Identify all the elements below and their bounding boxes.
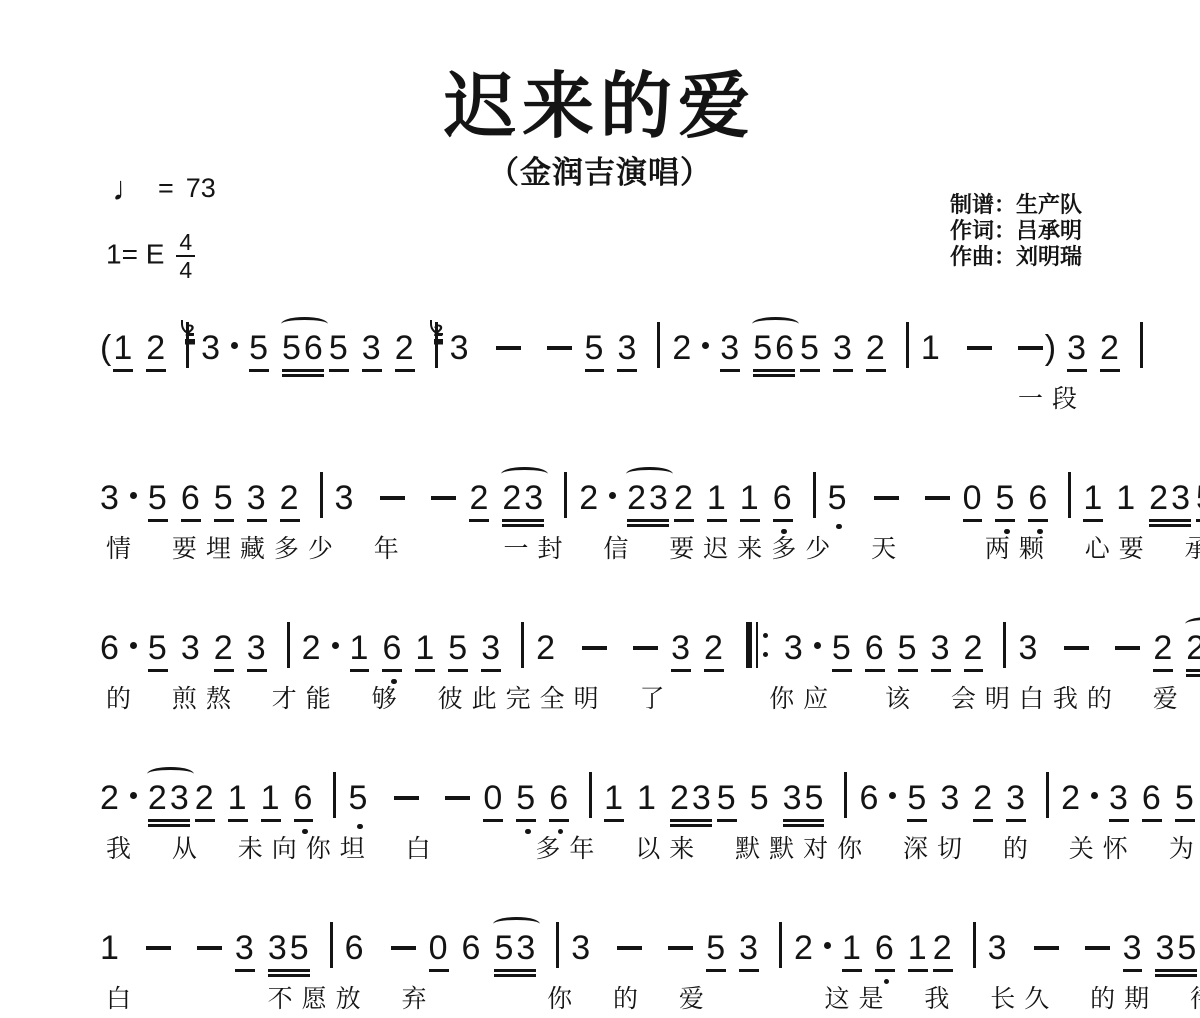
note-digits: 5: [907, 779, 929, 817]
note-digits: 5: [832, 629, 854, 667]
note-row-5: 133560653353216123335: [100, 922, 1110, 966]
eighth-underline: [865, 669, 885, 672]
parenthesis: ): [1045, 331, 1056, 365]
eighth-underline: [1149, 519, 1191, 522]
note: 23: [1149, 481, 1193, 515]
repeat-dots: [763, 622, 768, 668]
note-digits: 3: [235, 929, 257, 967]
eighth-underline: [516, 819, 536, 822]
note-digits: 0: [429, 929, 451, 967]
note-digits: 3: [181, 629, 203, 667]
score-line-2: 35653232232232116505611235535 情 要埋藏多少 年 …: [100, 472, 1110, 565]
note-digits: 2: [469, 479, 491, 517]
duration-dash: [496, 346, 521, 351]
note-digits: 1: [228, 779, 250, 817]
note-digits: 0: [483, 779, 505, 817]
slur-arc: [501, 467, 548, 481]
eighth-underline: [249, 369, 269, 372]
duration-dash: [431, 496, 456, 501]
note: 3: [940, 781, 962, 815]
note-digits: 23: [1149, 479, 1193, 517]
note-digits: 3: [940, 779, 962, 817]
note: 2: [146, 331, 168, 365]
note: 1: [100, 931, 122, 965]
note-digits: 3: [1109, 779, 1131, 817]
note: 5: [832, 631, 854, 665]
barline: [1068, 472, 1071, 518]
note-digits: 3: [335, 479, 357, 517]
note-digits: 3: [481, 629, 503, 667]
eighth-underline: [617, 369, 637, 372]
note: 3: [1018, 631, 1040, 665]
note: 6: [100, 631, 137, 665]
time-signature: 44: [176, 230, 195, 282]
note-digits: 1: [637, 779, 659, 817]
note: 6: [382, 631, 404, 665]
note-digits: 6: [345, 929, 367, 967]
note: 5: [907, 781, 929, 815]
augmentation-dot: [814, 642, 821, 649]
note-digits: 6: [181, 479, 203, 517]
barline: [844, 772, 847, 818]
duration-dash: [197, 946, 222, 951]
note-digits: 6: [294, 779, 316, 817]
slur-arc: [1185, 617, 1200, 631]
note: 23: [670, 781, 714, 815]
score-line-1: (1223556532235323565321)32 一段: [100, 322, 1110, 415]
note: 5: [995, 481, 1017, 515]
duration-dash: [394, 796, 419, 801]
note: 6: [181, 481, 203, 515]
note: 2: [395, 331, 417, 365]
note-digits: 3: [1067, 329, 1089, 367]
repeat-thin-bar: [756, 622, 759, 668]
note-digits: 2: [302, 629, 324, 667]
duration-dash: [967, 346, 992, 351]
note: 35: [1155, 931, 1199, 965]
note: 3: [833, 331, 855, 365]
parenthesis: (: [100, 331, 111, 365]
low-octave-dot: [1004, 529, 1010, 535]
note-digits: 23: [1186, 629, 1200, 667]
eighth-underline: [1196, 519, 1200, 522]
eighth-underline: [113, 369, 133, 372]
grace-slide-hook: [181, 320, 194, 335]
note: 53: [494, 931, 538, 965]
key-signature: 1= E44: [106, 230, 195, 282]
eighth-underline: [931, 669, 951, 672]
note-digits: 2: [579, 479, 601, 517]
eighth-underline: [469, 519, 489, 522]
eighth-underline: [866, 369, 886, 372]
low-octave-dot: [391, 679, 397, 685]
note: 5: [800, 331, 822, 365]
note: 3: [235, 931, 257, 965]
time-signature-denominator: 4: [176, 257, 195, 282]
note: 2: [1100, 331, 1122, 365]
note-digits: 6: [865, 629, 887, 667]
augmentation-dot: [889, 792, 896, 799]
eighth-underline: [1109, 819, 1129, 822]
note-digits: 2: [933, 929, 955, 967]
note: 3: [1123, 931, 1145, 965]
eighth-underline: [268, 969, 310, 972]
barline: [287, 622, 290, 668]
barline: [521, 622, 524, 668]
augmentation-dot: [609, 492, 616, 499]
eighth-underline: [753, 369, 795, 372]
eighth-underline: [261, 819, 281, 822]
note-digits: 1: [415, 629, 437, 667]
note: 0: [963, 481, 985, 515]
note: 6: [859, 781, 896, 815]
note-digits: 6: [1028, 479, 1050, 517]
note-digits: 23: [502, 479, 546, 517]
note-digits: 35: [1155, 929, 1199, 967]
note-digits: 23: [670, 779, 714, 817]
barline: [973, 922, 976, 968]
note-digits: 1: [113, 329, 135, 367]
barline: [813, 472, 816, 518]
note: 3: [247, 631, 269, 665]
note-digits: 35: [268, 929, 312, 967]
duration-dash: [380, 496, 405, 501]
sixteenth-underline: [783, 824, 825, 827]
note-digits: 3: [247, 629, 269, 667]
barline: [1003, 622, 1006, 668]
note-digits: 5: [1175, 779, 1197, 817]
song-title: 迟来的爱: [0, 48, 1200, 152]
note: 1: [637, 781, 659, 815]
note: 3: [617, 331, 639, 365]
duration-dash: [668, 946, 693, 951]
duration-dash: [1064, 646, 1089, 651]
lyric-row-5: 白 不愿放 弃 你 的 爱 这是 我 长久 的期 待 不愿保: [100, 979, 1110, 1015]
eighth-underline: [973, 819, 993, 822]
tempo-marking: ♩=73: [112, 170, 216, 209]
duration-dash: [1034, 946, 1059, 951]
eighth-underline: [1067, 369, 1087, 372]
duration-dash: [582, 646, 607, 651]
note: 2: [214, 631, 236, 665]
note: 23: [1186, 631, 1200, 665]
sixteenth-underline: [282, 374, 324, 377]
note-digits: 2: [964, 629, 986, 667]
note-digits: 53: [494, 929, 538, 967]
eighth-underline: [875, 969, 895, 972]
note-digits: 5: [448, 629, 470, 667]
barline: [1046, 772, 1049, 818]
note-digits: 2: [672, 329, 694, 367]
sheet-music-page: { "meta": { "title": "迟来的爱", "subtitle":…: [0, 0, 1200, 1018]
sixteenth-underline: [494, 974, 536, 977]
note: 1: [228, 781, 250, 815]
note-digits: 5: [148, 479, 170, 517]
eighth-underline: [549, 819, 569, 822]
note: 5: [329, 331, 351, 365]
eighth-underline: [1006, 819, 1026, 822]
eighth-underline: [362, 369, 382, 372]
low-octave-dot: [1037, 529, 1043, 535]
eighth-underline: [1100, 369, 1120, 372]
eighth-underline: [740, 519, 760, 522]
note-digits: 3: [1123, 929, 1145, 967]
note-digits: 5: [516, 779, 538, 817]
note-digits: 3: [671, 629, 693, 667]
eighth-underline: [148, 519, 168, 522]
eighth-underline: [720, 369, 740, 372]
eighth-underline: [329, 369, 349, 372]
duration-dash: [445, 796, 470, 801]
eighth-underline: [604, 819, 624, 822]
note: 5: [214, 481, 236, 515]
note: 2: [280, 481, 302, 515]
note: 5: [249, 331, 271, 365]
note-digits: 5: [329, 329, 351, 367]
eighth-underline: [148, 819, 190, 822]
note: 6: [294, 781, 316, 815]
credit-lyricist: 作词：吕承明: [950, 218, 1082, 244]
duration-dash: [874, 496, 899, 501]
note: 6: [865, 631, 887, 665]
note-digits: 1: [707, 479, 729, 517]
note: 2: [973, 781, 995, 815]
lyric-row-3: 的 煎熬 才能 够 彼此完全明 了 你应 该 会明白我的 爱 虽然: [100, 679, 1110, 715]
note-digits: 3: [739, 929, 761, 967]
note: 35: [783, 781, 827, 815]
note: 3: [988, 931, 1010, 965]
note-digits: 3: [1018, 629, 1040, 667]
note-digits: 2: [704, 629, 726, 667]
note: 6: [462, 931, 484, 965]
note-digits: 1: [261, 779, 283, 817]
note: 23: [450, 331, 472, 365]
eighth-underline: [995, 519, 1015, 522]
low-octave-dot: [884, 979, 890, 985]
note: 2: [794, 931, 831, 965]
lyric-row-2: 情 要埋藏多少 年 一封 信 要迟来多少 天 两颗 心要 承受多少 痛苦: [100, 529, 1110, 565]
low-octave-dot: [836, 524, 842, 530]
slur-arc: [752, 317, 799, 331]
eighth-underline: [1142, 819, 1162, 822]
note-digits: 5: [706, 929, 728, 967]
eighth-underline: [1175, 819, 1195, 822]
note: 5: [717, 781, 739, 815]
note-digits: 6: [382, 629, 404, 667]
low-octave-dot: [302, 829, 308, 835]
note: 23: [148, 781, 192, 815]
eighth-underline: [706, 969, 726, 972]
eighth-underline: [214, 669, 234, 672]
sixteenth-underline: [1186, 674, 1200, 677]
sixteenth-underline: [268, 974, 310, 977]
eighth-underline: [1028, 519, 1048, 522]
note-digits: 3: [450, 329, 472, 367]
note-digits: 3: [571, 929, 593, 967]
note-digits: 5: [995, 479, 1017, 517]
duration-dash: [1085, 946, 1110, 951]
note: 5: [1175, 781, 1197, 815]
eighth-underline: [739, 969, 759, 972]
augmentation-dot: [702, 342, 709, 349]
eighth-underline: [1186, 669, 1200, 672]
augmentation-dot: [824, 942, 831, 949]
note-digits: 2: [1153, 629, 1175, 667]
note: 2: [579, 481, 616, 515]
augmentation-dot: [332, 642, 339, 649]
eighth-underline: [214, 519, 234, 522]
note-digits: 3: [988, 929, 1010, 967]
sixteenth-underline: [753, 374, 795, 377]
note-digits: 5: [585, 329, 607, 367]
slur-arc: [493, 917, 540, 931]
note-digits: 23: [148, 779, 192, 817]
eighth-underline: [964, 669, 984, 672]
note-digits: 1: [740, 479, 762, 517]
eighth-underline: [429, 969, 449, 972]
note: 5: [516, 781, 538, 815]
eighth-underline: [448, 669, 468, 672]
duration-dash: [1018, 346, 1043, 351]
note-digits: 5: [750, 779, 772, 817]
score-line-5: 133560653353216123335 白 不愿放 弃 你 的 爱 这是 我…: [100, 922, 1110, 1015]
repeat-thick-bar: [746, 622, 752, 668]
note-row-2: 35653232232232116505611235535: [100, 472, 1110, 516]
note: 2: [866, 331, 888, 365]
note: 5: [706, 931, 728, 965]
note-digits: 6: [859, 779, 881, 817]
eighth-underline: [1083, 519, 1103, 522]
eighth-underline: [350, 669, 370, 672]
note-digits: 1: [350, 629, 372, 667]
note: 2: [704, 631, 726, 665]
note: 5: [148, 481, 170, 515]
note: 3: [931, 631, 953, 665]
note: 6: [1142, 781, 1164, 815]
eighth-underline: [671, 669, 691, 672]
note-digits: 1: [100, 929, 122, 967]
note: 3: [1109, 781, 1131, 815]
note: 1: [1083, 481, 1105, 515]
sixteenth-underline: [627, 524, 669, 527]
note-digits: 1: [921, 329, 943, 367]
slur-arc: [626, 467, 673, 481]
barline: [556, 922, 559, 968]
note: 6: [773, 481, 795, 515]
note: 6: [345, 931, 367, 965]
note-row-1: (1223556532235323565321)32: [100, 322, 1110, 366]
note-row-4: 223211650561123553565323236532: [100, 772, 1110, 816]
note: 3: [739, 931, 761, 965]
grace-note: 2: [434, 308, 448, 342]
note: 2: [1153, 631, 1175, 665]
eighth-underline: [832, 669, 852, 672]
note: 5: [1196, 481, 1200, 515]
eighth-underline: [842, 969, 862, 972]
low-octave-dot: [525, 829, 531, 835]
note-digits: 5: [148, 629, 170, 667]
note: 1: [921, 331, 943, 365]
note: 2: [672, 331, 709, 365]
eighth-underline: [707, 519, 727, 522]
note: 6: [875, 931, 897, 965]
credit-composer: 作曲：刘明瑞: [950, 244, 1082, 270]
eighth-underline: [908, 969, 928, 972]
credits: 制谱：生产队 作词：吕承明 作曲：刘明瑞: [950, 192, 1082, 270]
note-digits: 56: [753, 329, 797, 367]
note: 3: [362, 331, 384, 365]
low-octave-dot: [781, 529, 787, 535]
note-digits: 3: [784, 629, 806, 667]
eighth-underline: [907, 819, 927, 822]
sixteenth-underline: [502, 524, 544, 527]
note-digits: 2: [146, 329, 168, 367]
note: 2: [469, 481, 491, 515]
note: 56: [753, 331, 797, 365]
note: 3: [100, 481, 137, 515]
eighth-underline: [481, 669, 501, 672]
note: 0: [429, 931, 451, 965]
note-digits: 1: [604, 779, 626, 817]
note: 0: [483, 781, 505, 815]
duration-dash: [633, 646, 658, 651]
note-digits: 3: [617, 329, 639, 367]
eighth-underline: [195, 819, 215, 822]
note: 1: [908, 931, 930, 965]
eighth-underline: [280, 519, 300, 522]
note-digits: 3: [247, 479, 269, 517]
note-digits: 5: [214, 479, 236, 517]
eighth-underline: [933, 969, 953, 972]
note-digits: 5: [800, 329, 822, 367]
quarter-note-icon: ♩: [112, 170, 146, 208]
note-digits: 3: [100, 479, 122, 517]
eighth-underline: [717, 819, 737, 822]
note: 3: [335, 481, 357, 515]
note-digits: 2: [1061, 779, 1083, 817]
note-digits: 2: [536, 629, 558, 667]
note-digits: 6: [549, 779, 571, 817]
note-digits: 2: [280, 479, 302, 517]
note: 3: [784, 631, 821, 665]
score-line-4: 223211650561123553565323236532 我 从 未向你坦 …: [100, 772, 1110, 865]
augmentation-dot: [231, 342, 238, 349]
note: 5: [348, 781, 370, 815]
note-digits: 5: [898, 629, 920, 667]
note: 5: [898, 631, 920, 665]
duration-dash: [617, 946, 642, 951]
eighth-underline: [783, 819, 825, 822]
note: 5: [750, 781, 772, 815]
note-digits: 1: [1116, 479, 1138, 517]
note-digits: 2: [100, 779, 122, 817]
note-digits: 1: [842, 929, 864, 967]
note: 1: [415, 631, 437, 665]
note-digits: 2: [395, 329, 417, 367]
barline: [1140, 322, 1143, 368]
note: 5: [828, 481, 850, 515]
barline: [320, 472, 323, 518]
note-digits: 23: [627, 479, 671, 517]
barline: [330, 922, 333, 968]
barline: [333, 772, 336, 818]
duration-dash: [391, 946, 416, 951]
barline: [906, 322, 909, 368]
note-digits: 6: [773, 479, 795, 517]
eighth-underline: [1153, 669, 1173, 672]
eighth-underline: [181, 519, 201, 522]
note-digits: 2: [973, 779, 995, 817]
